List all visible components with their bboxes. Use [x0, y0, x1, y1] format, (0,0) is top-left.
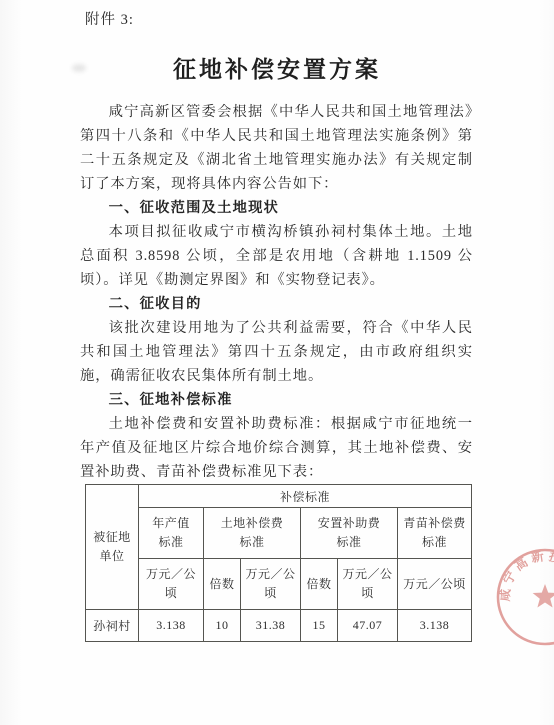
paragraph-scope: 本项目拟征收咸宁市横沟桥镇孙祠村集体土地。土地总面积 3.8598 公顷，全部是…: [80, 220, 473, 292]
cell-land-multiple: 10: [204, 610, 241, 642]
table-corner-header: 被征地 单位: [86, 485, 139, 610]
official-seal: 咸宁高新技术: [470, 538, 554, 670]
col-header-resettle-fee: 安置补助费 标准: [301, 508, 398, 559]
section-heading-3: 三、征地补偿标准: [80, 388, 473, 412]
paragraph-purpose: 该批次建设用地为了公共利益需要，符合《中华人民共和国土地管理法》第四十五条规定，…: [80, 316, 473, 388]
svg-text:咸宁高新技术: 咸宁高新技术: [497, 548, 554, 602]
seal-arc-text: 咸宁高新技术: [497, 548, 554, 602]
cell-seedling-fee: 3.138: [398, 610, 472, 642]
compensation-standards-table: 被征地 单位 补偿标准 年产值 标准 土地补偿费 标准 安置补助费 标准: [85, 484, 472, 642]
cell-resettle-multiple: 15: [301, 610, 338, 642]
col-header-seedling-fee: 青苗补偿费 标准: [398, 508, 472, 559]
document-title: 征地补偿安置方案: [0, 51, 554, 84]
paragraph-intro: 咸宁高新区管委会根据《中华人民共和国土地管理法》第四十八条和《中华人民共和国土地…: [80, 100, 473, 196]
paragraph-standards: 土地补偿费和安置补助费标准：根据咸宁市征地统一年产值及征地区片综合地价综合测算，…: [80, 412, 473, 484]
section-heading-1: 一、征收范围及土地现状: [80, 196, 473, 220]
scanned-document-page: 附件 3: 征地补偿安置方案 咸宁高新区管委会根据《中华人民共和国土地管理法》第…: [0, 0, 554, 725]
seal-star-icon: [533, 584, 554, 608]
cell-village-name: 孙祠村: [86, 610, 139, 642]
unit-label: 万元／公顷: [338, 559, 398, 610]
unit-label: 万元／公顷: [139, 559, 204, 610]
unit-label: 万元／公顷: [241, 559, 301, 610]
table-group-header: 补偿标准: [139, 485, 472, 508]
seal-circle: [498, 550, 554, 644]
unit-label: 万元／公顷: [398, 559, 472, 610]
col-header-land-fee: 土地补偿费 标准: [204, 508, 301, 559]
table-row: 孙祠村 3.138 10 31.38 15 47.07 3.138: [86, 610, 472, 642]
cell-resettle-fee: 47.07: [338, 610, 398, 642]
unit-label: 倍数: [301, 559, 338, 610]
col-header-annual-output: 年产值 标准: [139, 508, 204, 559]
document-body: 咸宁高新区管委会根据《中华人民共和国土地管理法》第四十八条和《中华人民共和国土地…: [80, 100, 473, 642]
cell-land-fee: 31.38: [241, 610, 301, 642]
cell-annual-output: 3.138: [139, 610, 204, 642]
section-heading-2: 二、征收目的: [80, 292, 473, 316]
attachment-label: 附件 3:: [85, 8, 134, 29]
unit-label: 倍数: [204, 559, 241, 610]
